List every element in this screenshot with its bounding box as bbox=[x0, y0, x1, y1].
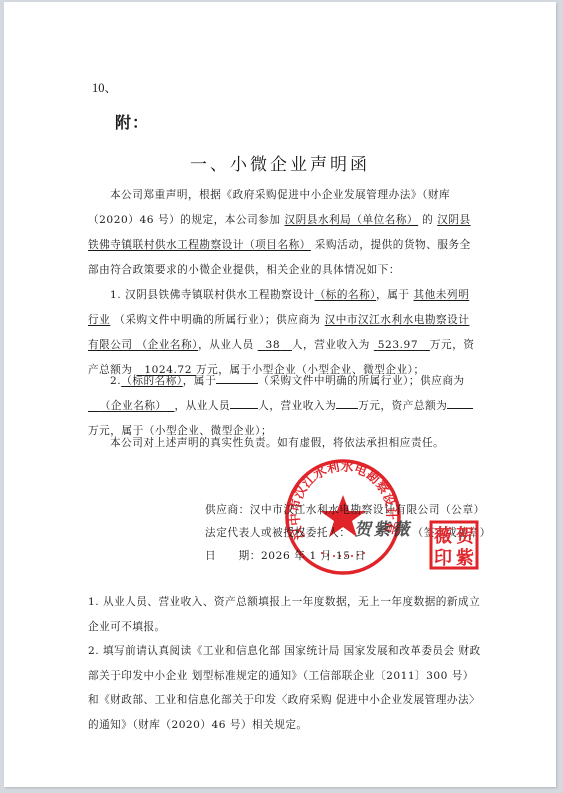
attachment-label: 附： bbox=[115, 110, 149, 133]
item1-subject-label: （标的名称） bbox=[315, 289, 377, 301]
item1-employees-field: 38 bbox=[258, 339, 292, 351]
item2-belongs: ，属于 bbox=[183, 375, 216, 387]
item2-supplier-field: （企业名称） bbox=[88, 400, 174, 412]
item2-revenue-blank bbox=[336, 397, 358, 409]
representative-line: 法定代表人或被授权委托人：（签字或盖章） bbox=[205, 525, 491, 540]
item1-employees-label: ，从业人员 bbox=[198, 339, 254, 351]
item1-industry-note: （采购文件中明确的所属行业）；供应商为 bbox=[114, 314, 320, 326]
item2-subject-label: （标的名称） bbox=[121, 375, 183, 387]
page-title: 一、小微企业声明函 bbox=[4, 150, 556, 175]
item2-assets-label: 万元，资产总额为 bbox=[358, 400, 447, 412]
document-page: 10、 附： 一、小微企业声明函 本公司郑重声明，根据《政府采购促进中小企业发展… bbox=[4, 2, 556, 787]
declaration-intro: 本公司郑重声明，根据《政府采购促进中小企业发展管理办法》（财库（2020）46 … bbox=[88, 183, 480, 283]
handwritten-signature: 贺紫薇 bbox=[354, 515, 415, 540]
note-2: 2. 填写前请认真阅读《工业和信息化部 国家统计局 国家发展和改革委员会 财政部… bbox=[88, 639, 484, 737]
declaration-item-1: 1. 汉阴县铁佛寺镇联村供水工程勘察设计（标的名称），属于 其他未列明行业 （采… bbox=[88, 283, 480, 383]
item2-employees-blank bbox=[230, 397, 258, 409]
note-1: 1. 从业人员、营业收入、资产总额填报上一年度数据，无上一年度数据的新成立企业可… bbox=[88, 590, 484, 639]
item2-employees-label: ，从业人员 bbox=[174, 400, 230, 412]
item1-prefix: 1. 汉阴县铁佛寺镇联村供水工程勘察设计 bbox=[110, 289, 315, 301]
item2-industry-blank bbox=[216, 372, 258, 384]
responsibility-statement: 本公司对上述声明的真实性负责。如有虚假，将依法承担相应责任。 bbox=[88, 431, 480, 456]
svg-text:紫: 紫 bbox=[456, 547, 474, 569]
svg-text:印: 印 bbox=[434, 548, 452, 569]
date-value: 2026 年 1 月 15 日 bbox=[261, 550, 366, 562]
purchaser-field: 汉阴县水利局（单位名称） bbox=[284, 214, 418, 226]
item1-belongs: ，属于 bbox=[376, 289, 409, 301]
item2-revenue-label: 人，营业收入为 bbox=[258, 400, 336, 412]
item2-assets-blank bbox=[447, 397, 473, 409]
notes-section: 1. 从业人员、营业收入、资产总额填报上一年度数据，无上一年度数据的新成立企业可… bbox=[88, 590, 484, 737]
item1-revenue-field: 523.97 bbox=[374, 339, 430, 351]
intro-mid: 的 bbox=[422, 214, 433, 226]
item-number: 10、 bbox=[92, 78, 117, 96]
supplier-line: 供应商：汉中市汉江水利水电勘察设计有限公司（公章） bbox=[205, 502, 485, 517]
date-label: 日 期： bbox=[205, 550, 261, 562]
date-line: 日 期：2026 年 1 月 15 日 bbox=[205, 548, 366, 563]
item2-industry-note: （采购文件中明确的所属行业）；供应商为 bbox=[258, 375, 464, 387]
item1-revenue-label: 人，营业收入为 bbox=[292, 339, 370, 351]
item2-prefix: 2. bbox=[110, 375, 121, 387]
